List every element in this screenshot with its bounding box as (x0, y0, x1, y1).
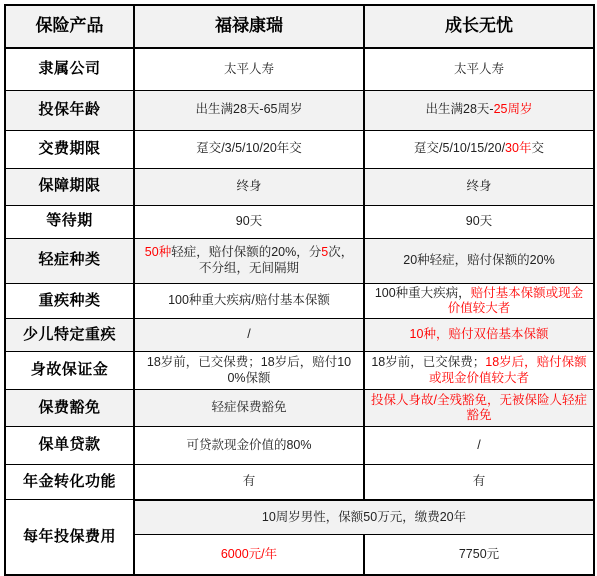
highlighted-text-segment: 50种 (145, 245, 171, 259)
data-cell: 18岁前，已交保费；18岁后，赔付100%保额 (134, 352, 364, 390)
column-header-0: 保险产品 (5, 5, 134, 48)
highlighted-text-segment: 投保人身故/全残豁免，无被保险人轻症豁免 (371, 393, 587, 422)
row-label: 交费期限 (5, 130, 134, 168)
text-segment: 90天 (466, 214, 492, 228)
row-label: 身故保证金 (5, 352, 134, 390)
row-label: 轻症种类 (5, 238, 134, 283)
data-cell: 趸交/5/10/15/20/30年交 (364, 130, 594, 168)
text-segment: 有 (243, 474, 256, 488)
row-label: 保单贷款 (5, 427, 134, 465)
table-row: 隶属公司太平人寿太平人寿 (5, 48, 594, 90)
data-cell: 100种重大疾病/赔付基本保额 (134, 283, 364, 319)
row-label: 等待期 (5, 205, 134, 238)
header-row: 保险产品福禄康瑞成长无忧 (5, 5, 594, 48)
table-row: 少儿特定重疾/10种，赔付双倍基本保额 (5, 319, 594, 352)
data-cell: 终身 (134, 168, 364, 205)
table-row: 保障期限终身终身 (5, 168, 594, 205)
data-cell: 轻症保费豁免 (134, 390, 364, 427)
table-row: 投保年龄出生满28天-65周岁出生满28天-25周岁 (5, 90, 594, 130)
text-segment: 18岁前，已交保费； (371, 355, 485, 369)
footer-band-row: 每年投保费用10周岁男性，保额50万元，缴费20年 (5, 500, 594, 535)
text-segment: 20种轻症，赔付保额的20% (403, 253, 554, 267)
table-row: 重疾种类100种重大疾病/赔付基本保额100种重大疾病，赔付基本保额或现金价值较… (5, 283, 594, 319)
highlighted-text-segment: 25周岁 (494, 102, 533, 116)
data-cell: 18岁前，已交保费；18岁后，赔付保额或现金价值较大者 (364, 352, 594, 390)
data-cell: 终身 (364, 168, 594, 205)
data-cell: 太平人寿 (134, 48, 364, 90)
text-segment: 90天 (236, 214, 262, 228)
row-label: 每年投保费用 (5, 500, 134, 575)
text-segment: 100种重大疾病， (375, 286, 471, 300)
data-cell: / (364, 427, 594, 465)
row-label: 少儿特定重疾 (5, 319, 134, 352)
table-row: 保单贷款可贷款现金价值的80%/ (5, 427, 594, 465)
text-segment: / (247, 327, 250, 341)
data-cell: 10种，赔付双倍基本保额 (364, 319, 594, 352)
table-row: 保费豁免轻症保费豁免投保人身故/全残豁免，无被保险人轻症豁免 (5, 390, 594, 427)
text-segment: 终身 (466, 179, 491, 193)
table-row: 交费期限趸交/3/5/10/20年交趸交/5/10/15/20/30年交 (5, 130, 594, 168)
row-label: 隶属公司 (5, 48, 134, 90)
highlighted-text-segment: 6000元/年 (221, 547, 277, 561)
table-row: 轻症种类50种轻症，赔付保额的20%，分5次，不分组，无间隔期20种轻症，赔付保… (5, 238, 594, 283)
data-cell: 100种重大疾病，赔付基本保额或现金价值较大者 (364, 283, 594, 319)
data-cell: / (134, 319, 364, 352)
text-segment: 趸交/3/5/10/20年交 (196, 141, 302, 155)
text-segment: 18岁前，已交保费；18岁后，赔付100%保额 (147, 355, 351, 384)
text-segment: 轻症保费豁免 (211, 400, 286, 414)
row-label: 投保年龄 (5, 90, 134, 130)
text-segment: 有 (473, 474, 486, 488)
highlighted-text-segment: 30年 (505, 141, 531, 155)
price-cell: 7750元 (364, 535, 594, 575)
data-cell: 太平人寿 (364, 48, 594, 90)
data-cell: 趸交/3/5/10/20年交 (134, 130, 364, 168)
data-cell: 有 (364, 465, 594, 500)
row-label: 保障期限 (5, 168, 134, 205)
data-cell: 50种轻症，赔付保额的20%，分5次，不分组，无间隔期 (134, 238, 364, 283)
highlighted-text-segment: 10种，赔付双倍基本保额 (410, 327, 549, 341)
data-cell: 90天 (364, 205, 594, 238)
text-segment: / (477, 438, 480, 452)
data-cell: 可贷款现金价值的80% (134, 427, 364, 465)
column-header-1: 福禄康瑞 (134, 5, 364, 48)
price-cell: 6000元/年 (134, 535, 364, 575)
data-cell: 出生满28天-25周岁 (364, 90, 594, 130)
table-body: 隶属公司太平人寿太平人寿投保年龄出生满28天-65周岁出生满28天-25周岁交费… (5, 48, 594, 575)
text-segment: 可贷款现金价值的80% (186, 438, 311, 452)
text-segment: 出生满28天-65周岁 (196, 102, 303, 116)
text-segment: 太平人寿 (224, 62, 274, 76)
data-cell: 90天 (134, 205, 364, 238)
row-label: 年金转化功能 (5, 465, 134, 500)
text-segment: 10周岁男性，保额50万元，缴费20年 (262, 510, 466, 524)
text-segment: 100种重大疾病/赔付基本保额 (168, 293, 330, 307)
table-row: 等待期90天90天 (5, 205, 594, 238)
row-label: 重疾种类 (5, 283, 134, 319)
data-cell: 20种轻症，赔付保额的20% (364, 238, 594, 283)
text-segment: 太平人寿 (454, 62, 504, 76)
data-cell: 有 (134, 465, 364, 500)
insurance-comparison-table: 保险产品福禄康瑞成长无忧 隶属公司太平人寿太平人寿投保年龄出生满28天-65周岁… (4, 4, 595, 575)
row-label: 保费豁免 (5, 390, 134, 427)
data-cell: 投保人身故/全残豁免，无被保险人轻症豁免 (364, 390, 594, 427)
text-segment: 7750元 (459, 547, 499, 561)
text-segment: 终身 (236, 179, 261, 193)
table-row: 年金转化功能有有 (5, 465, 594, 500)
table-row: 身故保证金18岁前，已交保费；18岁后，赔付100%保额18岁前，已交保费；18… (5, 352, 594, 390)
text-segment: 交 (531, 141, 544, 155)
text-segment: 趸交/5/10/15/20/ (414, 141, 505, 155)
text-segment: 出生满28天- (426, 102, 494, 116)
text-segment: 轻症，赔付保额的20%，分 (171, 245, 321, 259)
column-header-2: 成长无忧 (364, 5, 594, 48)
data-cell: 出生满28天-65周岁 (134, 90, 364, 130)
assumption-band-cell: 10周岁男性，保额50万元，缴费20年 (134, 500, 594, 535)
